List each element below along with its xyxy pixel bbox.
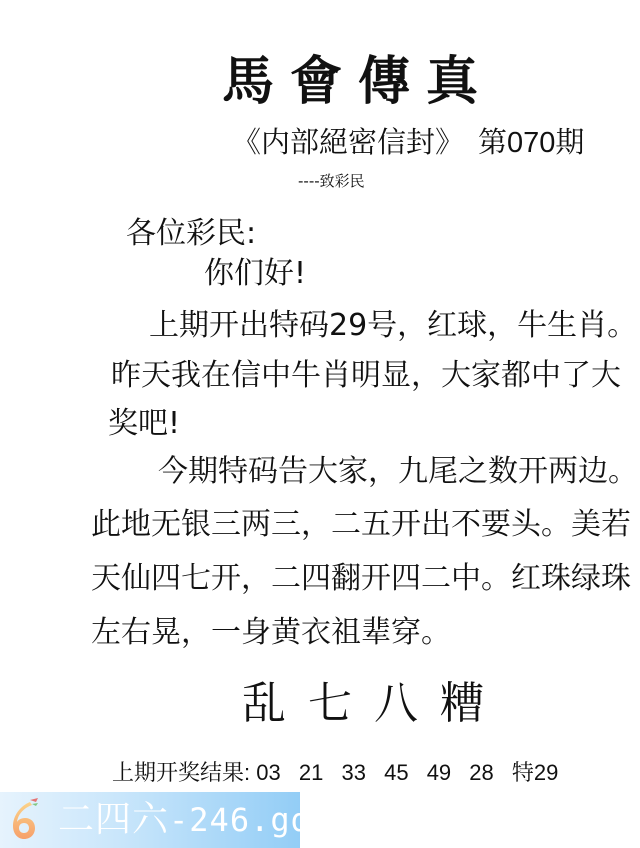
hello-line: 你们好! — [204, 254, 306, 294]
result-number: 33 — [341, 760, 365, 785]
subtitle-text: 《内部絕密信封》 — [232, 125, 464, 159]
letter-line: 今期特码告大家，九尾之数开两边。 — [158, 452, 638, 492]
letter-line: 此地无银三两三，二五开出不要头。美若 — [91, 505, 631, 545]
result-number: 28 — [469, 760, 493, 785]
result-number: 45 — [384, 760, 408, 785]
issue-number: 第070期 — [478, 127, 584, 159]
last-draw-result: 上期开奖结果: 03 21 33 45 49 28 特29 — [112, 756, 558, 790]
result-numbers: 03 21 33 45 49 28 — [256, 760, 512, 785]
letter-line: 奖吧! — [108, 404, 180, 444]
letter-line: 昨天我在信中牛肖明显，大家都中了大 — [111, 356, 621, 396]
letter-line: 天仙四七开，二四翻开四二中。红珠绿珠 — [91, 559, 631, 599]
site-watermark: 二四六-246.gd — [0, 792, 300, 848]
six-logo-icon — [8, 798, 38, 842]
letter-line: 左右晃，一身黄衣祖辈穿。 — [91, 613, 451, 653]
result-number: 21 — [299, 760, 323, 785]
subtitle: 《内部絕密信封》第070期 — [232, 122, 584, 163]
letter-line: 上期开出特码29号，红球，牛生肖。 — [149, 306, 637, 346]
result-number: 49 — [427, 760, 451, 785]
result-number: 03 — [256, 760, 280, 785]
footer-title: 乱七八糟 — [242, 676, 506, 732]
result-label: 上期开奖结果: — [112, 760, 250, 785]
page-title: 馬會傳真 — [222, 52, 494, 112]
special-number: 特29 — [512, 760, 558, 785]
addressee-line: ----致彩民 — [298, 170, 365, 192]
watermark-domain: -246.gd — [169, 801, 311, 839]
watermark-text: 二四六-246.gd — [58, 798, 311, 842]
greeting: 各位彩民: — [126, 214, 256, 254]
